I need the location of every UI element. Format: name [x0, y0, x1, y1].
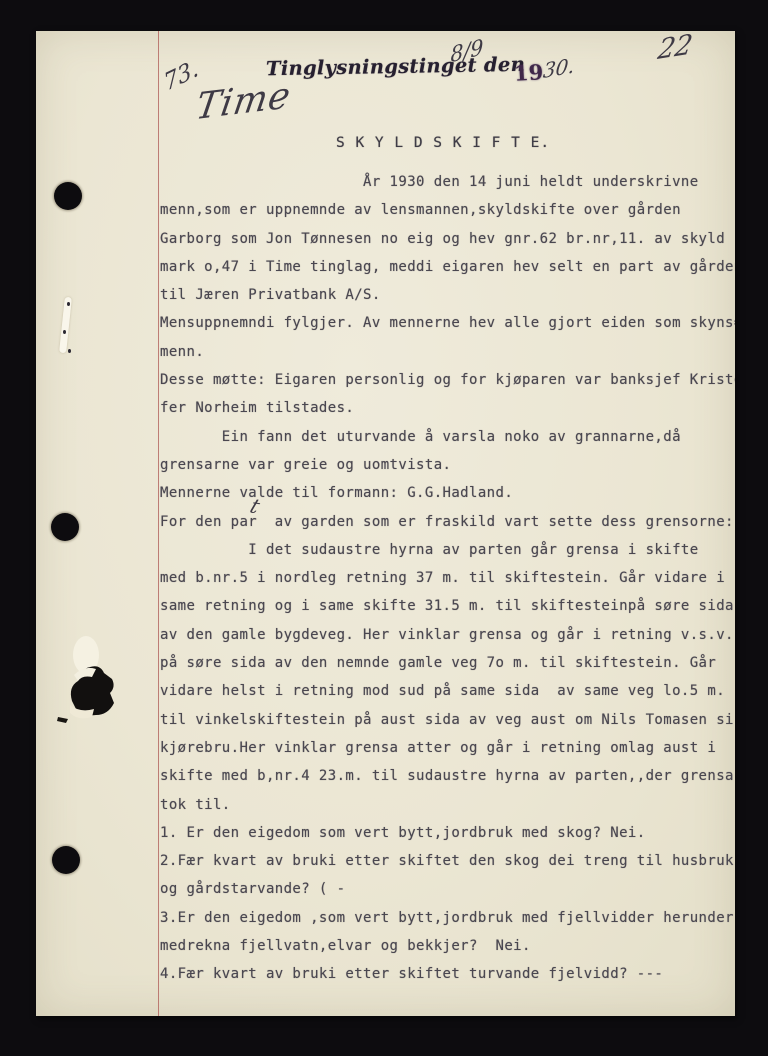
punch-hole-middle [51, 513, 79, 541]
ink-speck [68, 349, 71, 353]
typed-line: 1. Er den eigedom som vert bytt,jordbruk… [160, 819, 735, 847]
red-margin-line [158, 31, 159, 1016]
stamped-year-prefix: 19 [513, 59, 544, 85]
typed-body: År 1930 den 14 juni heldt underskrivneme… [160, 168, 735, 989]
typed-line: I det sudaustre hyrna av parten går gren… [160, 536, 735, 564]
typed-line: menn,som er uppnemnde av lensmannen,skyl… [160, 196, 735, 224]
typed-line: Mennerne valde til formann: G.G.Hadland. [160, 479, 735, 507]
typed-line: grensarne var greie og uomtvista. [160, 451, 735, 479]
typed-line: med b.nr.5 i nordleg retning 37 m. til s… [160, 564, 735, 592]
typed-line: kjørebru.Her vinklar grensa atter og går… [160, 734, 735, 762]
typed-line: Desse møtte: Eigaren personlig og for kj… [160, 366, 735, 394]
punch-hole-bottom [52, 846, 80, 874]
typed-line: og gårdstarvande? ( - [160, 875, 735, 903]
typed-line: til Jæren Privatbank A/S. [160, 281, 735, 309]
paper-tear [50, 631, 120, 731]
typed-line: vidare helst i retning mod sud på same s… [160, 677, 735, 705]
typed-line: fer Norheim tilstades. [160, 394, 735, 422]
handwritten-stamp-year: 30. [542, 53, 576, 83]
typed-line: til vinkelskiftestein på aust sida av ve… [160, 706, 735, 734]
paper-scratch [59, 297, 72, 353]
typed-line: For den par av garden som er fraskild va… [160, 508, 735, 536]
typed-line: av den gamle bygdeveg. Her vinklar grens… [160, 621, 735, 649]
typed-line: Mensuppnemndi fylgjer. Av mennerne hev a… [160, 309, 735, 337]
registration-stamp-text: Tinglysningstinget den [266, 53, 525, 81]
punch-hole-top [54, 182, 82, 210]
typed-line: same retning og i same skifte 31.5 m. ti… [160, 592, 735, 620]
typed-line: medrekna fjellvatn,elvar og bekkjer? Nei… [160, 932, 735, 960]
handwritten-place-name: Time [193, 75, 294, 129]
typed-line: Ein fann det uturvande å varsla noko av … [160, 423, 735, 451]
scanned-page: Tinglysningstinget den 8/9 19 30. 22 73.… [0, 0, 768, 1056]
typed-line: 4.Fær kvart av bruki etter skiftet turva… [160, 960, 735, 988]
handwritten-journal-number: 73. [162, 55, 201, 97]
typed-line: tok til. [160, 791, 735, 819]
typed-line: 3.Er den eigedom ,som vert bytt,jordbruk… [160, 904, 735, 932]
typed-line: År 1930 den 14 juni heldt underskrivne [160, 168, 735, 196]
typed-line: 2.Fær kvart av bruki etter skiftet den s… [160, 847, 735, 875]
document-title: S K Y L D S K I F T E. [336, 135, 550, 151]
typed-line: mark o,47 i Time tinglag, meddi eigaren … [160, 253, 735, 281]
ink-speck [67, 302, 70, 306]
ink-speck [63, 330, 66, 334]
typed-line: skifte med b,nr.4 23.m. til sudaustre hy… [160, 762, 735, 790]
handwritten-page-number: 22 [656, 31, 695, 66]
typed-line: på søre sida av den nemnde gamle veg 7o … [160, 649, 735, 677]
typed-line: menn. [160, 338, 735, 366]
paper-sheet: Tinglysningstinget den 8/9 19 30. 22 73.… [36, 31, 735, 1016]
typed-line: Garborg som Jon Tønnesen no eig og hev g… [160, 225, 735, 253]
